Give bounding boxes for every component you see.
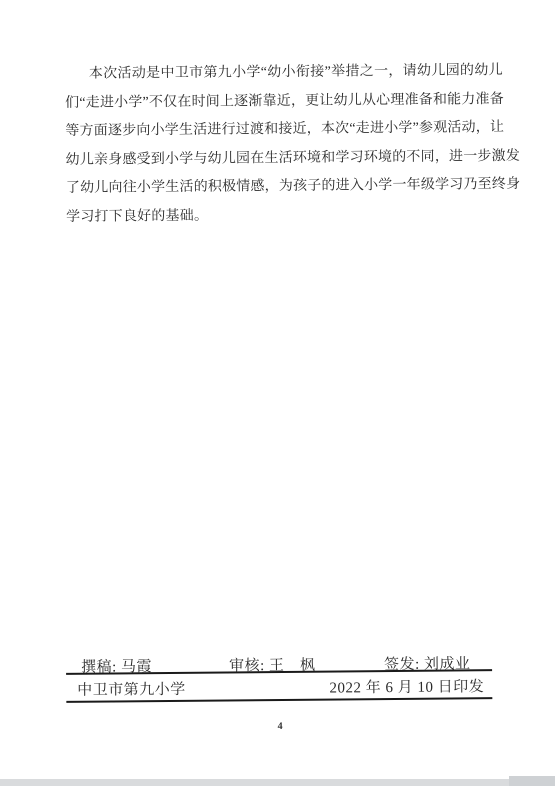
page-number: 4: [3, 719, 555, 735]
paragraph-line: 等方面逐步向小学生活进行过渡和接近，本次“走进小学”参观活动，让: [65, 114, 503, 146]
document-footer: 撰稿: 马霞 审核: 王 枫 签发: 刘成业 中卫市第九小学 2022 年 6 …: [66, 652, 492, 656]
organization-name: 中卫市第九小学: [77, 678, 186, 700]
scan-edge: [0, 779, 555, 786]
page-content: 本次活动是中卫市第九小学“幼小衔接”举措之一，请幼儿园的幼儿 们“走进小学”不仅…: [0, 0, 555, 786]
scan-edge-corner: [509, 776, 555, 786]
body-paragraph: 本次活动是中卫市第九小学“幼小衔接”举措之一，请幼儿园的幼儿 们“走进小学”不仅…: [65, 57, 504, 232]
print-date: 2022 年 6 月 10 日印发: [329, 675, 484, 697]
paragraph-line: 们“走进小学”不仅在时间上逐渐靠近，更让幼儿从心理准备和能力准备: [65, 86, 503, 118]
paragraph-line: 学习打下良好的基础。: [66, 200, 504, 232]
paragraph-line: 幼儿亲身感受到小学与幼儿园在生活环境和学习环境的不同，进一步激发: [65, 143, 503, 175]
paragraph-line: 本次活动是中卫市第九小学“幼小衔接”举措之一，请幼儿园的幼儿: [65, 57, 503, 89]
paragraph-line: 了幼儿向往小学生活的积极情感，为孩子的进入小学一年级学习乃至终身: [66, 171, 504, 203]
document-page: 本次活动是中卫市第九小学“幼小衔接”举措之一，请幼儿园的幼儿 们“走进小学”不仅…: [0, 0, 555, 786]
